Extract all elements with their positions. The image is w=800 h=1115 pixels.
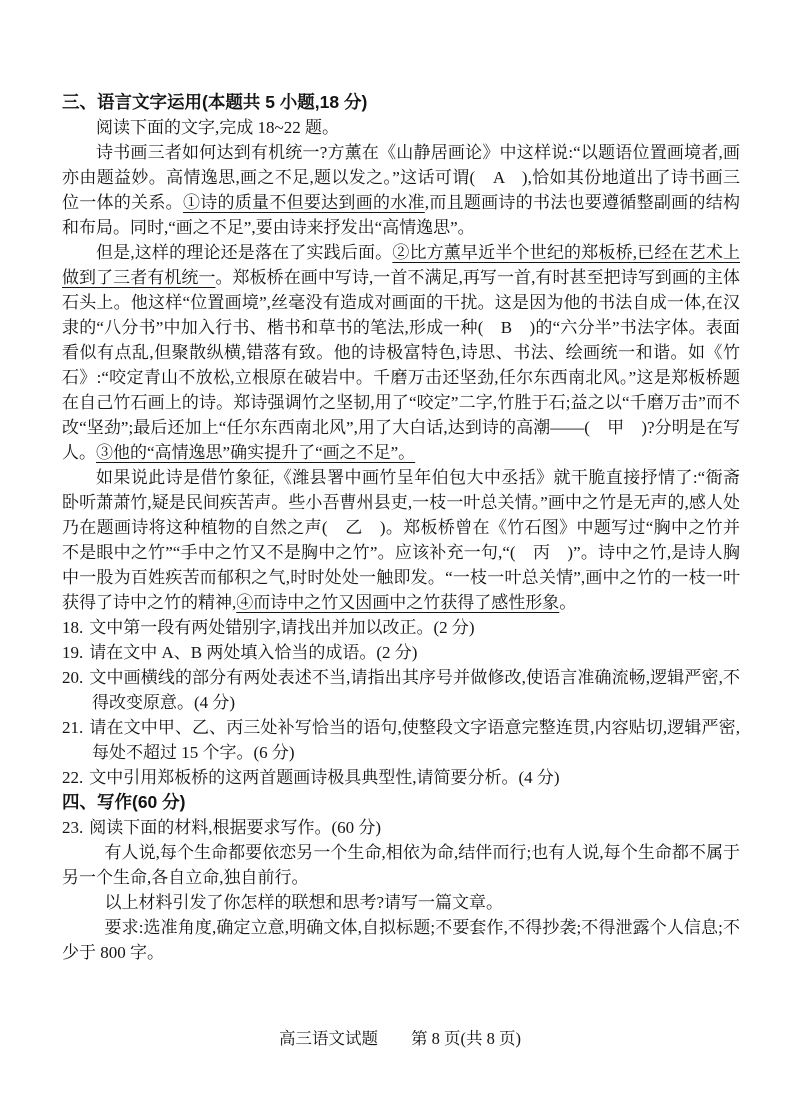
passage-segment: 但是,这样的理论还是落在了实践后面。 bbox=[96, 243, 392, 262]
question-18-number: 18. bbox=[62, 618, 89, 637]
passage-segment: 。 bbox=[559, 593, 576, 612]
underlined-passage-segment: ③他的“高情逸思”确实提升了“画之不足”。 bbox=[96, 443, 415, 462]
page-footer: 高三语文试题 第 8 页(共 8 页) bbox=[0, 1026, 800, 1051]
section3-heading: 三、语言文字运用(本题共 5 小题,18 分) bbox=[62, 90, 740, 115]
passage-segment: 。郑板桥在画中写诗,一首不满足,再写一首,有时甚至把诗写到画的主体石头上。他这样… bbox=[62, 268, 740, 462]
question-22-number: 22. bbox=[62, 768, 89, 787]
question-18: 18.文中第一段有两处错别字,请找出并加以改正。(2 分) bbox=[62, 615, 740, 640]
question-20-text: 文中画横线的部分有两处表述不当,请指出其序号并做修改,使语言准确流畅,逻辑严密,… bbox=[89, 668, 740, 712]
question-23-number: 23. bbox=[62, 818, 89, 837]
passage-paragraph-3: 如果说此诗是借竹象征,《潍县署中画竹呈年伯包大中丞括》就干脆直接抒情了:“衙斋卧… bbox=[62, 465, 740, 615]
writing-material-3: 要求:选准角度,确定立意,明确文体,自拟标题;不要套作,不得抄袭;不得泄露个人信… bbox=[62, 915, 740, 965]
question-19: 19.请在文中 A、B 两处填入恰当的成语。(2 分) bbox=[62, 640, 740, 665]
question-23-text: 阅读下面的材料,根据要求写作。(60 分) bbox=[89, 818, 381, 837]
question-21-number: 21. bbox=[62, 718, 89, 737]
passage-paragraph-2: 但是,这样的理论还是落在了实践后面。②比方薰早近半个世纪的郑板桥,已经在艺术上做… bbox=[62, 240, 740, 465]
writing-material-1: 有人说,每个生命都要依恋另一个生命,相依为命,结伴而行;也有人说,每个生命都不属… bbox=[62, 840, 740, 890]
question-20: 20.文中画横线的部分有两处表述不当,请指出其序号并做修改,使语言准确流畅,逻辑… bbox=[62, 665, 740, 715]
underlined-passage-segment: ④而诗中之竹又因画中之竹获得了感性形象 bbox=[236, 593, 559, 612]
writing-material-2: 以上材料引发了你怎样的联想和思考?请写一篇文章。 bbox=[62, 890, 740, 915]
page-content: 三、语言文字运用(本题共 5 小题,18 分) 阅读下面的文字,完成 18~22… bbox=[62, 90, 740, 965]
section4-heading: 四、写作(60 分) bbox=[62, 790, 740, 815]
exam-page: 三、语言文字运用(本题共 5 小题,18 分) 阅读下面的文字,完成 18~22… bbox=[0, 0, 800, 1115]
passage-paragraph-1: 诗书画三者如何达到有机统一?方薰在《山静居画论》中这样说:“以题语位置画境者,画… bbox=[62, 140, 740, 240]
question-19-number: 19. bbox=[62, 643, 89, 662]
passage-instruction: 阅读下面的文字,完成 18~22 题。 bbox=[62, 115, 740, 140]
question-19-text: 请在文中 A、B 两处填入恰当的成语。(2 分) bbox=[89, 643, 417, 662]
underlined-passage-segment: ①诗的质量不但要达到画的水准 bbox=[183, 193, 425, 212]
question-22-text: 文中引用郑板桥的这两首题画诗极具典型性,请简要分析。(4 分) bbox=[89, 768, 559, 787]
question-20-number: 20. bbox=[62, 668, 89, 687]
question-21: 21.请在文中甲、乙、丙三处补写恰当的语句,使整段文字语意完整连贯,内容贴切,逻… bbox=[62, 715, 740, 765]
question-21-text: 请在文中甲、乙、丙三处补写恰当的语句,使整段文字语意完整连贯,内容贴切,逻辑严密… bbox=[89, 718, 740, 762]
question-22: 22.文中引用郑板桥的这两首题画诗极具典型性,请简要分析。(4 分) bbox=[62, 765, 740, 790]
passage-segment: 如果说此诗是借竹象征,《潍县署中画竹呈年伯包大中丞括》就干脆直接抒情了:“衙斋卧… bbox=[62, 468, 740, 612]
question-18-text: 文中第一段有两处错别字,请找出并加以改正。(2 分) bbox=[89, 618, 474, 637]
question-23: 23.阅读下面的材料,根据要求写作。(60 分) bbox=[62, 815, 740, 840]
